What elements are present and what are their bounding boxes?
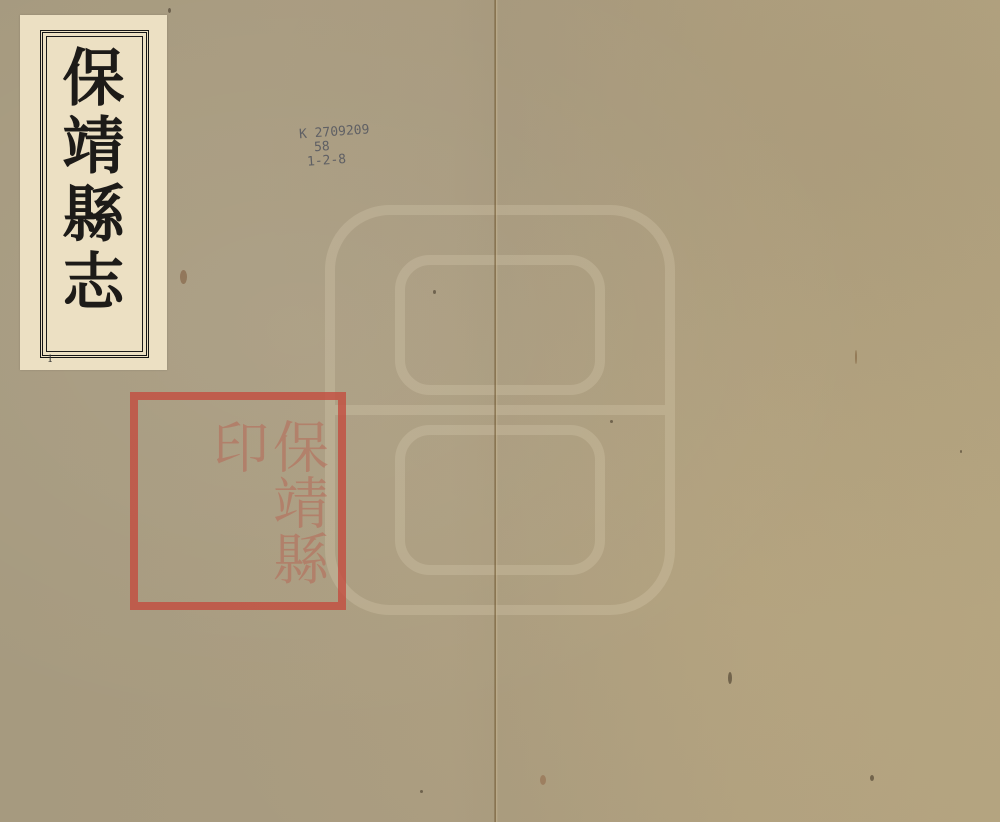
paper-speck bbox=[180, 270, 187, 284]
watermark-emblem bbox=[310, 190, 690, 630]
book-title: 保靖縣志 bbox=[67, 45, 127, 317]
paper-speck bbox=[855, 350, 857, 364]
paper-speck bbox=[728, 672, 732, 684]
paper-speck bbox=[960, 450, 962, 453]
seal-text: 保靖縣印 bbox=[156, 418, 326, 588]
center-fold bbox=[494, 0, 498, 822]
paper-speck bbox=[168, 8, 171, 13]
red-seal: 保靖縣印 bbox=[130, 392, 346, 610]
pencil-catalog-note: K 2709209 58 1-2-8 bbox=[299, 120, 422, 170]
title-slip-border: 保靖縣志 bbox=[40, 30, 149, 358]
title-slip-mark: 1 bbox=[47, 354, 53, 365]
paper-speck bbox=[420, 790, 423, 793]
paper-speck bbox=[540, 775, 546, 785]
title-slip: 保靖縣志 1 bbox=[20, 15, 167, 370]
paper-speck bbox=[870, 775, 874, 781]
